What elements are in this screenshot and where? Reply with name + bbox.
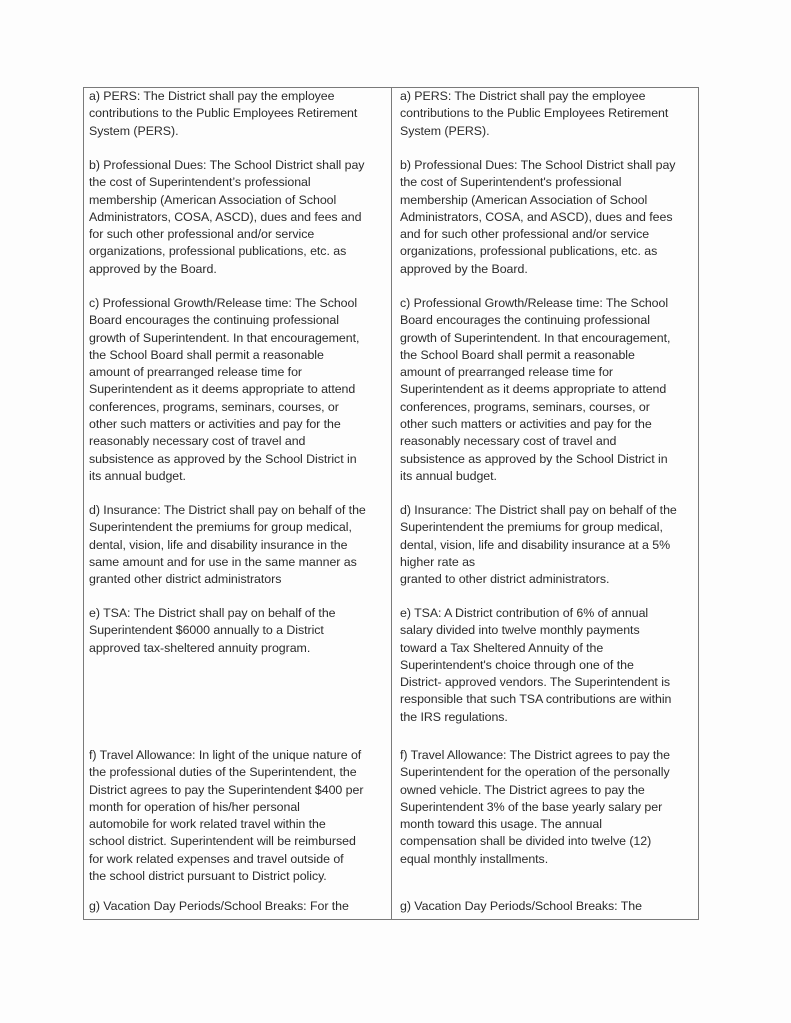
- clause-e-tsa: e) TSA: The District shall pay on behalf…: [89, 605, 388, 657]
- right-column-proposed-contract: a) PERS: The District shall pay the empl…: [392, 88, 698, 919]
- clause-b-professional-dues: b) Professional Dues: The School Distric…: [400, 157, 696, 278]
- clause-f-travel-allowance: f) Travel Allowance: The District agrees…: [400, 747, 696, 868]
- contract-comparison-table: a) PERS: The District shall pay the empl…: [83, 87, 699, 920]
- clause-a-pers: a) PERS: The District shall pay the empl…: [89, 88, 388, 140]
- clause-e-tsa: e) TSA: A District contribution of 6% of…: [400, 605, 696, 726]
- left-column-current-contract: a) PERS: The District shall pay the empl…: [84, 88, 392, 919]
- clause-g-vacation-periods: g) Vacation Day Periods/School Breaks: T…: [400, 898, 696, 915]
- clause-d-insurance: d) Insurance: The District shall pay on …: [400, 502, 696, 588]
- clause-a-pers: a) PERS: The District shall pay the empl…: [400, 88, 696, 140]
- clause-c-professional-growth: c) Professional Growth/Release time: The…: [400, 295, 696, 485]
- clause-g-vacation-periods: g) Vacation Day Periods/School Breaks: F…: [89, 898, 388, 915]
- clause-f-travel-allowance: f) Travel Allowance: In light of the uni…: [89, 747, 388, 885]
- clause-c-professional-growth: c) Professional Growth/Release time: The…: [89, 295, 388, 485]
- clause-b-professional-dues: b) Professional Dues: The School Distric…: [89, 157, 388, 278]
- clause-d-insurance: d) Insurance: The District shall pay on …: [89, 502, 388, 588]
